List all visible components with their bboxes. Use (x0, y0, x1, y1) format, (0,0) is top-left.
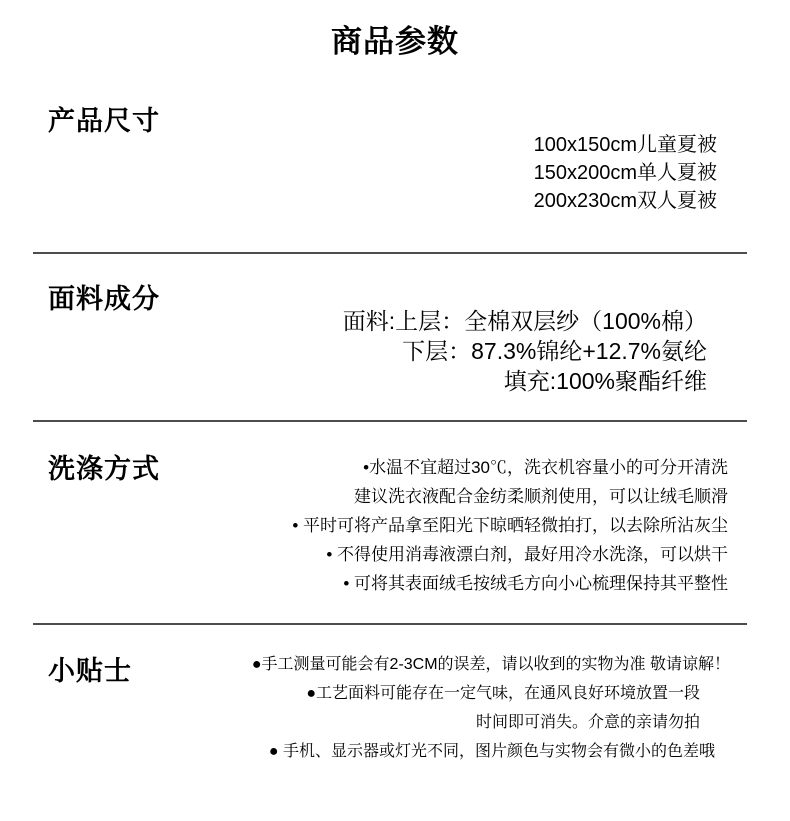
washing-instruction: • 不得使用消毒液漂白剂，最好用冷水洗涤，可以烘干 (292, 540, 728, 569)
dimension-item: 200x230cm双人夏被 (534, 187, 717, 215)
washing-instruction: •水温不宜超过30℃，洗衣机容量小的可分开清洗 (292, 453, 728, 482)
tips-list: ●手工测量可能会有2-3CM的误差，请以收到的实物为准 敬请谅解！ ●工艺面料可… (252, 650, 730, 766)
section-heading-fabric-composition: 面料成分 (48, 277, 160, 316)
dimension-item: 100x150cm儿童夏被 (534, 131, 717, 159)
section-heading-product-dimensions: 产品尺寸 (48, 99, 160, 138)
tip-item: ●手工测量可能会有2-3CM的误差，请以收到的实物为准 敬请谅解！ (252, 650, 730, 679)
tip-item: ● 手机、显示器或灯光不同，图片颜色与实物会有微小的色差哦 (252, 737, 730, 766)
section-divider (33, 420, 747, 422)
section-heading-tips: 小贴士 (48, 649, 132, 688)
section-divider (33, 623, 747, 625)
fabric-item: 下层：87.3%锦纶+12.7%氨纶 (343, 336, 707, 366)
washing-instruction: • 平时可将产品拿至阳光下晾晒轻微拍打，以去除所沾灰尘 (292, 511, 728, 540)
fabric-composition-list: 面料:上层：全棉双层纱（100%棉） 下层：87.3%锦纶+12.7%氨纶 填充… (343, 306, 707, 396)
product-dimensions-list: 100x150cm儿童夏被 150x200cm单人夏被 200x230cm双人夏… (534, 131, 717, 215)
tip-item: 时间即可消失。介意的亲请勿拍 (252, 708, 730, 737)
section-heading-washing-method: 洗涤方式 (48, 447, 160, 486)
dimension-item: 150x200cm单人夏被 (534, 159, 717, 187)
washing-instruction: 建议洗衣液配合金纺柔顺剂使用，可以让绒毛顺滑 (292, 482, 728, 511)
tip-item: ●工艺面料可能存在一定气味，在通风良好环境放置一段 (252, 679, 730, 708)
fabric-item: 面料:上层：全棉双层纱（100%棉） (343, 306, 707, 336)
washing-instructions-list: •水温不宜超过30℃，洗衣机容量小的可分开清洗 建议洗衣液配合金纺柔顺剂使用，可… (292, 453, 728, 598)
page-title: 商品参数 (0, 16, 790, 61)
section-divider (33, 252, 747, 254)
fabric-item: 填充:100%聚酯纤维 (343, 366, 707, 396)
washing-instruction: • 可将其表面绒毛按绒毛方向小心梳理保持其平整性 (292, 569, 728, 598)
product-parameters-page: 商品参数 产品尺寸 100x150cm儿童夏被 150x200cm单人夏被 20… (0, 0, 790, 821)
